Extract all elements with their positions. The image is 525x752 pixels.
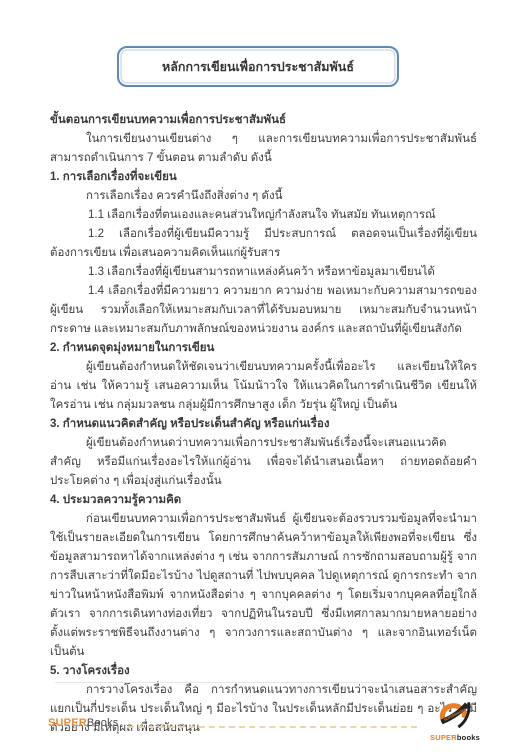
logo-super-text: SUPER (430, 733, 457, 742)
footer-dashed-rule (128, 726, 417, 728)
page-edge-divider (55, 682, 473, 683)
brand-books-text: Books (87, 717, 119, 729)
publisher-logo: SUPERBOOKS SUPERbooks (427, 699, 483, 742)
intro-paragraph: ในการเขียนงานเขียนต่าง ๆ และการเขียนบทคว… (50, 130, 477, 168)
section-heading-2: 2. กำหนดจุดมุ่งหมายในการเขียน (50, 339, 477, 358)
logo-wordmark: SUPERbooks (430, 733, 480, 742)
footer-brand-left: SUPERBooks (48, 717, 118, 729)
footer: SUPERBooks SUPERBOOKS SUPERbooks (48, 701, 483, 744)
list-item-1-4: 1.4 เลือกเรื่องที่มีความยาว ความยาก ความ… (50, 282, 477, 339)
list-item-1-1: 1.1 เลือกเรื่องที่ตนเองและคนส่วนใหญ่กำลั… (50, 206, 477, 225)
brand-super-text: SUPER (48, 717, 87, 729)
title-box: หลักการเขียนเพื่อการประชาสัมพันธ์ (117, 46, 399, 87)
section-3-paragraph: ผู้เขียนต้องกำหนดว่าบทความเพื่อการประชาส… (50, 434, 477, 491)
document-page: หลักการเขียนเพื่อการประชาสัมพันธ์ ขั้นตอ… (0, 0, 525, 752)
section-heading-5: 5. วางโครงเรื่อง (50, 662, 477, 681)
document-body: ขั้นตอนการเขียนบทความเพื่อการประชาสัมพัน… (50, 111, 477, 738)
superbooks-swoosh-icon: SUPERBOOKS (436, 699, 474, 733)
section-2-paragraph: ผู้เขียนต้องกำหนดให้ชัดเจนว่าเขียนบทความ… (50, 358, 477, 415)
section-1-lead: การเลือกเรื่อง ควรคำนึงถึงสิ่งต่าง ๆ ดัง… (50, 187, 477, 206)
section-heading-3: 3. กำหนดแนวคิดสำคัญ หรือประเด็นสำคัญ หรื… (50, 415, 477, 434)
section-heading-1: 1. การเลือกเรื่องที่จะเขียน (50, 168, 477, 187)
logo-books-text: books (457, 733, 480, 742)
list-item-1-2: 1.2 เลือกเรื่องที่ผู้เขียนมีความรู้ มีปร… (50, 225, 477, 263)
page-title: หลักการเขียนเพื่อการประชาสัมพันธ์ (162, 57, 354, 77)
main-heading: ขั้นตอนการเขียนบทความเพื่อการประชาสัมพัน… (50, 111, 477, 130)
section-heading-4: 4. ประมวลความรู้ความคิด (50, 491, 477, 510)
list-item-1-3: 1.3 เลือกเรื่องที่ผู้เขียนสามารถหาแหล่งค… (50, 263, 477, 282)
section-4-paragraph: ก่อนเขียนบทความเพื่อการประชาสัมพันธ์ ผู้… (50, 510, 477, 662)
